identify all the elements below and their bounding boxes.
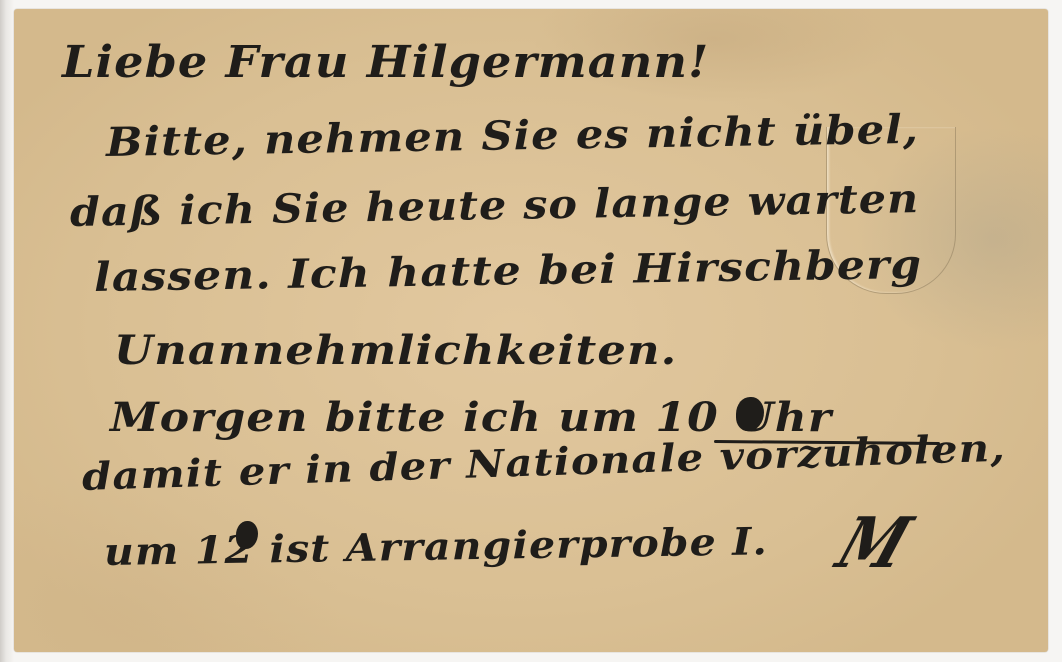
scan-background: Liebe Frau Hilgermann! Bitte, nehmen Sie… [0,0,1062,662]
salutation-line: Liebe Frau Hilgermann! [62,37,709,88]
text-line-8: um 12 ist Arrangierprobe I. [104,518,769,574]
postcard: Liebe Frau Hilgermann! Bitte, nehmen Sie… [14,9,1048,652]
text-line-2: Bitte, nehmen Sie es nicht übel, [106,106,920,166]
text-line-3: daß ich Sie heute so lange warten [70,175,920,236]
text-line-4: lassen. Ich hatte bei Hirschberg [94,241,923,301]
signature: M [827,502,917,584]
text-line-5: Unannehmlichkeiten. [114,327,677,374]
